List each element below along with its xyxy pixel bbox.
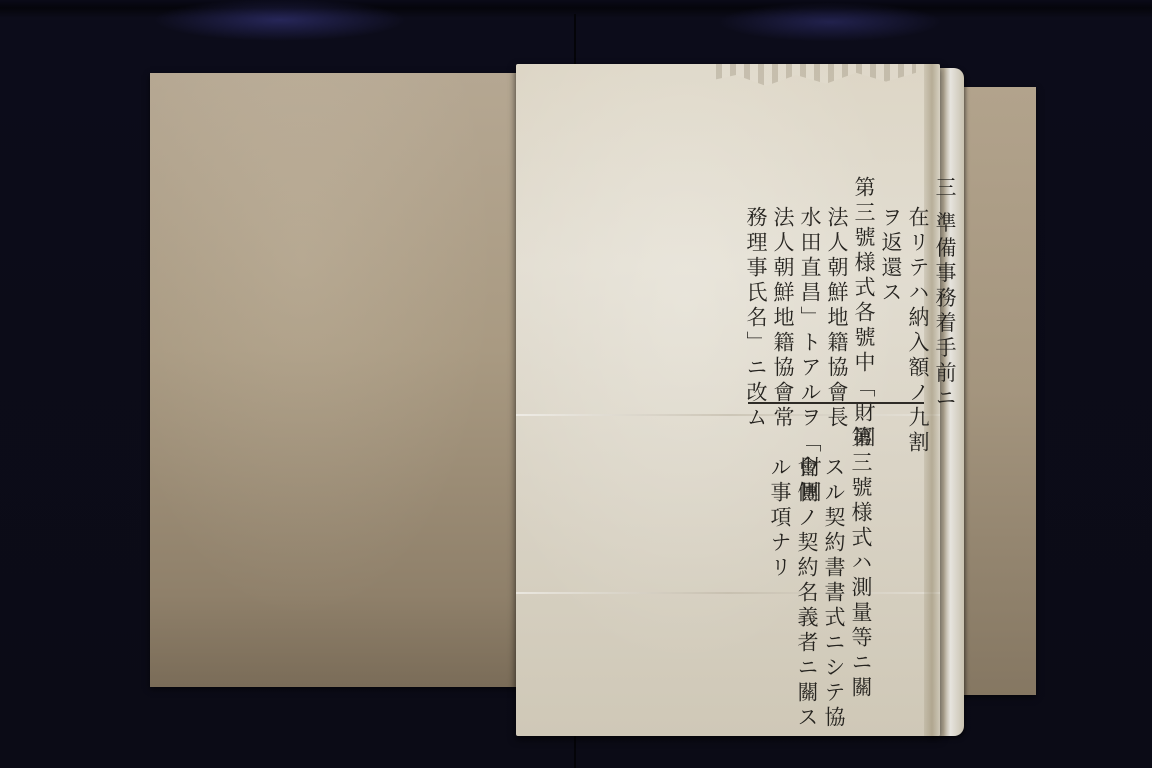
text-column: 在リテハ納入額ノ九割 [904,176,931,506]
lower-text-section: 第三號様式ハ測量等ニ關 スル契約書書式ニシテ協 會側ノ契約名義者ニ關ス ル事項ナ… [766,426,874,731]
text-column: 會側ノ契約名義者ニ關ス [793,426,820,731]
torn-top-edge [716,64,916,86]
text-column: スル契約書書式ニシテ協 [820,426,847,731]
fold-crease [516,592,940,594]
text-column: 務理事氏名」ニ改ム [742,176,769,506]
text-column: ヲ返還ス [877,176,904,506]
text-column: 三 準備事務着手前ニ [931,176,958,506]
text-column: ル事項ナリ [766,426,793,731]
section-separator-line [748,402,924,404]
text-column: 第三號様式ハ測量等ニ關 [847,426,874,731]
kraft-paper-backing-left [150,73,530,687]
